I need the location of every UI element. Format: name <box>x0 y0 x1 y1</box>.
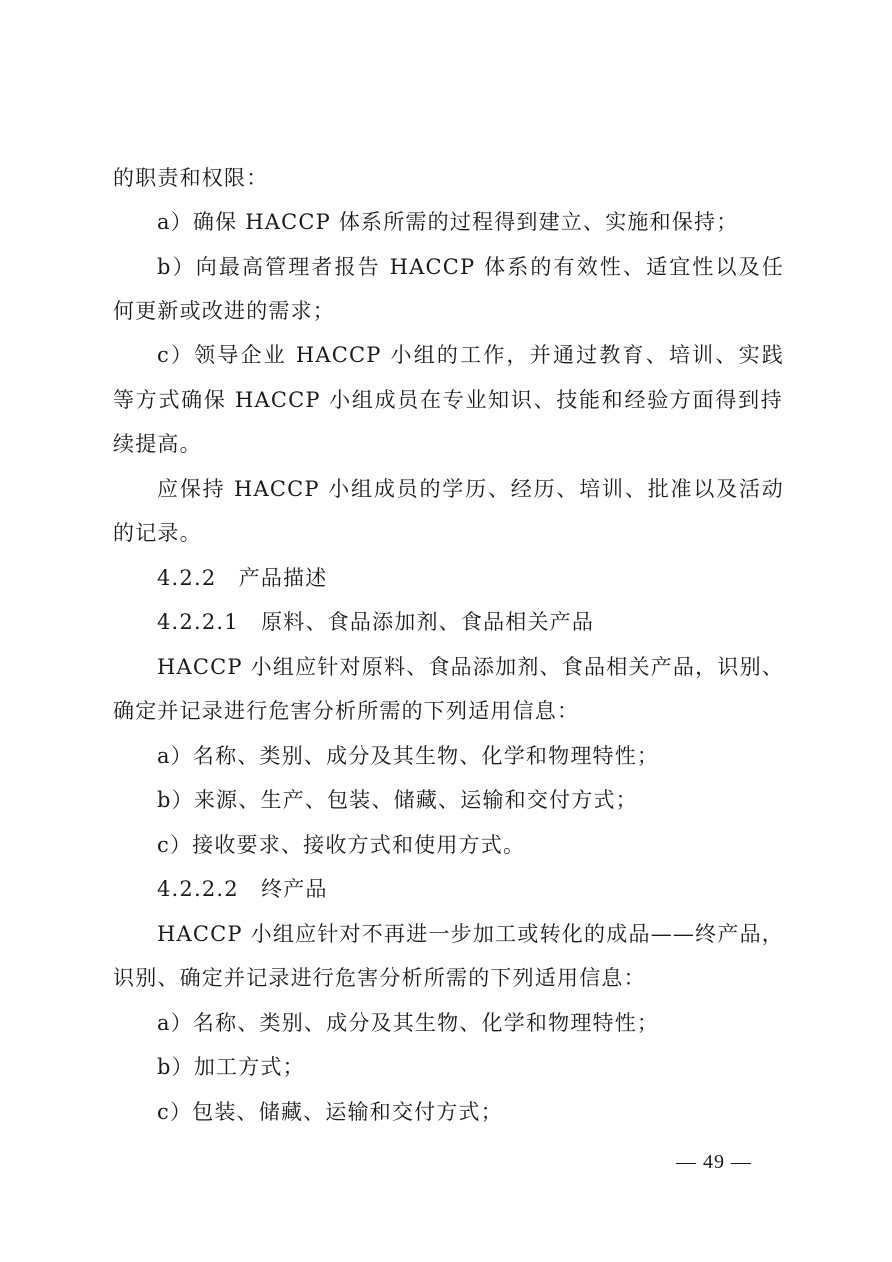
document-page: 的职责和权限： a）确保 HACCP 体系所需的过程得到建立、实施和保持； b）… <box>0 0 892 1262</box>
paragraph-line: 确定并记录进行危害分析所需的下列适用信息： <box>113 697 793 725</box>
paragraph-line: 识别、确定并记录进行危害分析所需的下列适用信息： <box>113 964 793 992</box>
paragraph-line: 续提高。 <box>113 430 793 458</box>
paragraph-line: 的职责和权限： <box>113 164 793 192</box>
paragraph-line: 等方式确保 HACCP 小组成员在专业知识、技能和经验方面得到持 <box>113 386 783 414</box>
list-item-c: c）接收要求、接收方式和使用方式。 <box>157 831 837 859</box>
paragraph-line: 何更新或改进的需求； <box>113 297 793 325</box>
list-item-b: b）加工方式； <box>157 1053 837 1081</box>
list-item-a: a）确保 HACCP 体系所需的过程得到建立、实施和保持； <box>157 208 837 236</box>
paragraph-line: HACCP 小组应针对不再进一步加工或转化的成品——终产品， <box>157 920 784 948</box>
page-number: — 49 — <box>676 1148 752 1176</box>
list-item-a: a）名称、类别、成分及其生物、化学和物理特性； <box>157 742 837 770</box>
list-item-b: b）向最高管理者报告 HACCP 体系的有效性、适宜性以及任 <box>157 253 784 281</box>
paragraph-line: HACCP 小组应针对原料、食品添加剂、食品相关产品，识别、 <box>157 653 784 681</box>
list-item-a: a）名称、类别、成分及其生物、化学和物理特性； <box>157 1009 837 1037</box>
paragraph-line: 应保持 HACCP 小组成员的学历、经历、培训、批准以及活动 <box>157 475 784 503</box>
list-item-b: b）来源、生产、包装、储藏、运输和交付方式； <box>157 786 837 814</box>
section-heading-4-2-2: 4.2.2 产品描述 <box>157 564 837 592</box>
list-item-c: c）包装、储藏、运输和交付方式； <box>157 1098 837 1126</box>
section-heading-4-2-2-1: 4.2.2.1 原料、食品添加剂、食品相关产品 <box>157 608 837 636</box>
section-heading-4-2-2-2: 4.2.2.2 终产品 <box>157 875 837 903</box>
paragraph-line: 的记录。 <box>113 519 793 547</box>
list-item-c: c）领导企业 HACCP 小组的工作，并通过教育、培训、实践 <box>157 341 784 369</box>
